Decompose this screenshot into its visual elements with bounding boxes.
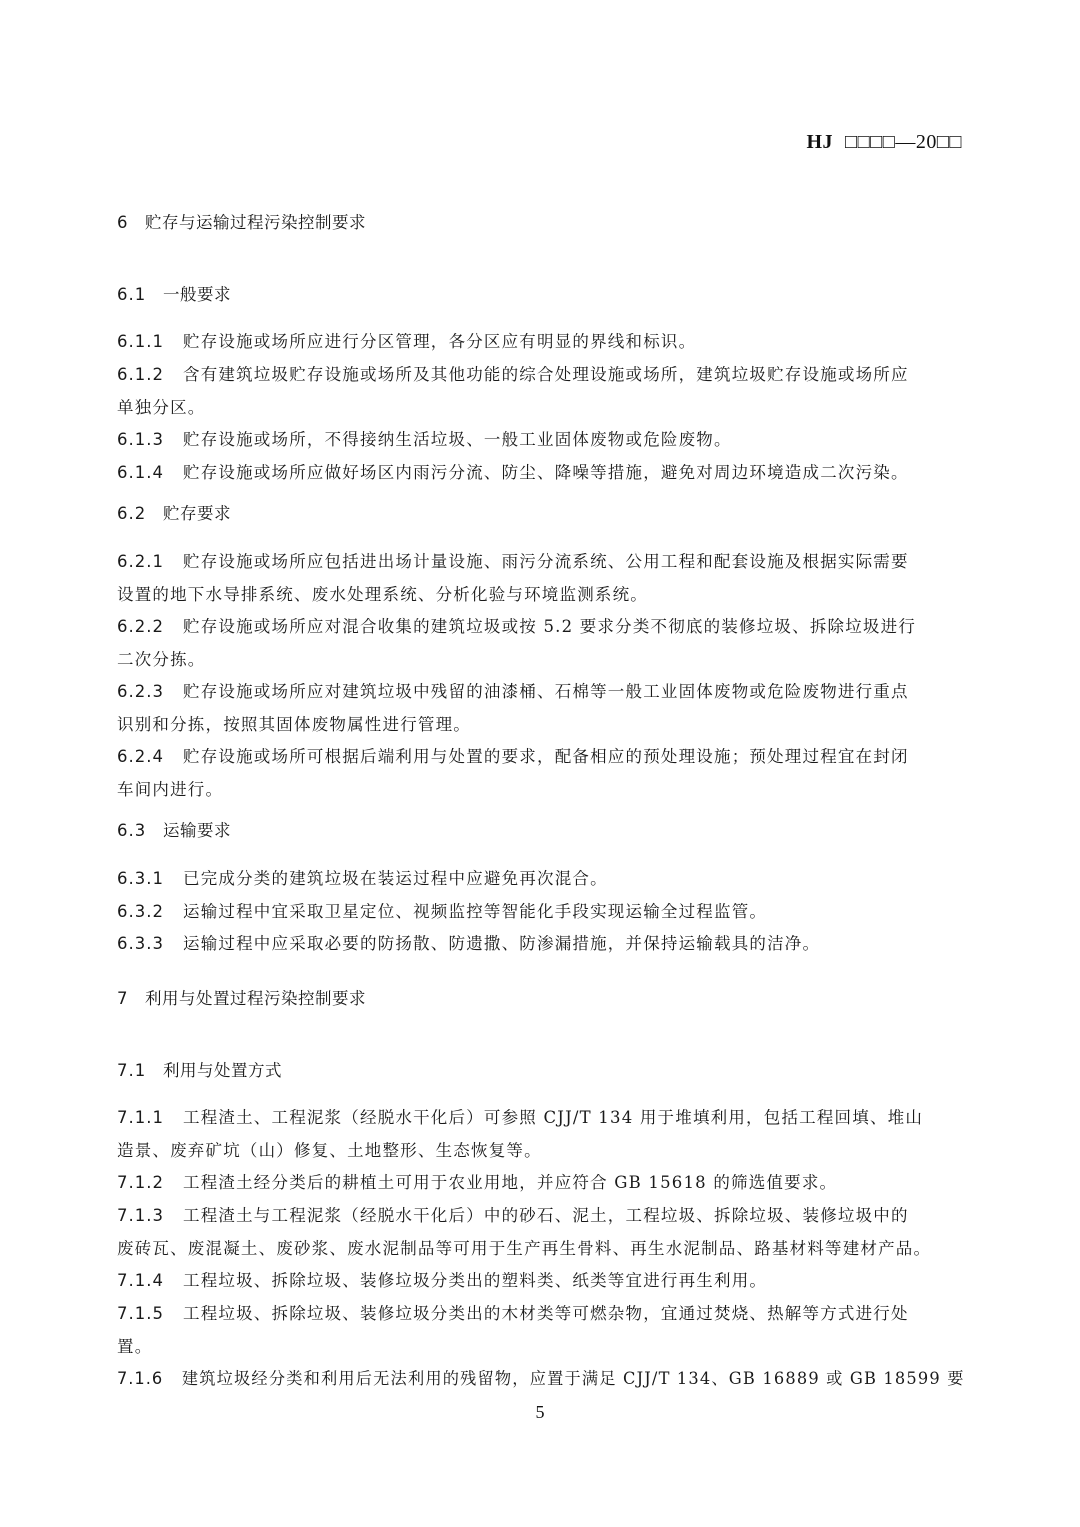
clause-text: 贮存设施或场所应对建筑垃圾中残留的油漆桶、石棉等一般工业固体废物或危险废物进行重… — [183, 682, 909, 701]
clause-text: 运输要求 — [163, 821, 231, 840]
subsection-heading: 6.1一般要求 — [117, 284, 965, 306]
clause: 6.3.3运输过程中应采取必要的防扬散、防遗撒、防渗漏措施，并保持运输载具的洁净… — [117, 933, 965, 955]
clause: 6.2.4贮存设施或场所可根据后端利用与处置的要求，配备相应的预处理设施；预处理… — [117, 746, 965, 768]
clause-continuation: 车间内进行。 — [117, 779, 965, 801]
standard-number-header: HJ□□□□—20□□ — [806, 131, 962, 154]
clause-number: 6 — [117, 212, 145, 234]
clause: 7.1.4工程垃圾、拆除垃圾、装修垃圾分类出的塑料类、纸类等宜进行再生利用。 — [117, 1270, 965, 1292]
clause-text: 贮存设施或场所可根据后端利用与处置的要求，配备相应的预处理设施；预处理过程宜在封… — [183, 747, 909, 766]
clause-continuation: 废砖瓦、废混凝土、废砂浆、废水泥制品等可用于生产再生骨料、再生水泥制品、路基材料… — [117, 1238, 965, 1260]
standard-number: □□□□—20□□ — [845, 131, 962, 153]
clause-text: 贮存设施或场所应包括进出场计量设施、雨污分流系统、公用工程和配套设施及根据实际需… — [183, 552, 909, 571]
clause: 7.1.1工程渣土、工程泥浆（经脱水干化后）可参照 CJJ/T 134 用于堆填… — [117, 1107, 965, 1129]
clause: 6.1.1贮存设施或场所应进行分区管理，各分区应有明显的界线和标识。 — [117, 331, 965, 353]
clause-number: 7.1.3 — [117, 1205, 183, 1227]
clause-number: 7.1.2 — [117, 1172, 183, 1194]
clause-number: 6.3 — [117, 820, 163, 842]
clause-text: 二次分拣。 — [117, 650, 206, 669]
clause: 7.1.6建筑垃圾经分类和利用后无法利用的残留物，应置于满足 CJJ/T 134… — [117, 1368, 950, 1390]
page-number: 5 — [0, 1402, 1080, 1423]
standard-prefix: HJ — [806, 131, 833, 153]
clause: 6.1.2含有建筑垃圾贮存设施或场所及其他功能的综合处理设施或场所，建筑垃圾贮存… — [117, 364, 965, 386]
clause-text: 工程渣土、工程泥浆（经脱水干化后）可参照 CJJ/T 134 用于堆填利用，包括… — [183, 1108, 923, 1127]
subsection-heading: 6.3运输要求 — [117, 820, 965, 842]
clause-number: 6.3.2 — [117, 901, 183, 923]
clause-text: 工程垃圾、拆除垃圾、装修垃圾分类出的木材类等可燃杂物，宜通过焚烧、热解等方式进行… — [183, 1304, 909, 1323]
clause-number: 6.3.3 — [117, 933, 183, 955]
clause-number: 7 — [117, 988, 145, 1010]
clause-continuation: 造景、废弃矿坑（山）修复、土地整形、生态恢复等。 — [117, 1140, 965, 1162]
clause-number: 6.3.1 — [117, 868, 183, 890]
clause-continuation: 单独分区。 — [117, 397, 965, 419]
clause-text: 置。 — [117, 1337, 152, 1356]
clause-continuation: 设置的地下水导排系统、废水处理系统、分析化验与环境监测系统。 — [117, 584, 965, 606]
clause-text: 贮存设施或场所应做好场区内雨污分流、防尘、降噪等措施，避免对周边环境造成二次污染… — [183, 463, 909, 482]
clause-text: 车间内进行。 — [117, 780, 223, 799]
clause-text: 工程渣土经分类后的耕植土可用于农业用地，并应符合 GB 15618 的筛选值要求… — [183, 1173, 837, 1192]
clause-number: 6.1.2 — [117, 364, 183, 386]
clause: 6.3.1已完成分类的建筑垃圾在装运过程中应避免再次混合。 — [117, 868, 965, 890]
clause-text: 造景、废弃矿坑（山）修复、土地整形、生态恢复等。 — [117, 1141, 542, 1160]
clause: 6.2.3贮存设施或场所应对建筑垃圾中残留的油漆桶、石棉等一般工业固体废物或危险… — [117, 681, 965, 703]
clause-number: 7.1.4 — [117, 1270, 183, 1292]
clause-text: 工程垃圾、拆除垃圾、装修垃圾分类出的塑料类、纸类等宜进行再生利用。 — [183, 1271, 767, 1290]
clause-text: 运输过程中宜采取卫星定位、视频监控等智能化手段实现运输全过程监管。 — [183, 902, 767, 921]
clause-text: 建筑垃圾经分类和利用后无法利用的残留物，应置于满足 CJJ/T 134、GB 1… — [182, 1369, 965, 1388]
subsection-heading: 6.2贮存要求 — [117, 503, 965, 525]
clause: 6.3.2运输过程中宜采取卫星定位、视频监控等智能化手段实现运输全过程监管。 — [117, 901, 965, 923]
clause-text: 已完成分类的建筑垃圾在装运过程中应避免再次混合。 — [183, 869, 608, 888]
clause-text: 一般要求 — [163, 285, 231, 304]
clause: 7.1.5工程垃圾、拆除垃圾、装修垃圾分类出的木材类等可燃杂物，宜通过焚烧、热解… — [117, 1303, 965, 1325]
clause-text: 设置的地下水导排系统、废水处理系统、分析化验与环境监测系统。 — [117, 585, 648, 604]
clause-text: 运输过程中应采取必要的防扬散、防遗撒、防渗漏措施，并保持运输载具的洁净。 — [183, 934, 820, 953]
clause: 6.1.3贮存设施或场所，不得接纳生活垃圾、一般工业固体废物或危险废物。 — [117, 429, 965, 451]
clause-text: 废砖瓦、废混凝土、废砂浆、废水泥制品等可用于生产再生骨料、再生水泥制品、路基材料… — [117, 1239, 931, 1258]
clause-text: 贮存设施或场所应对混合收集的建筑垃圾或按 5.2 要求分类不彻底的装修垃圾、拆除… — [183, 617, 916, 636]
document-page: HJ□□□□—20□□ 6贮存与运输过程污染控制要求6.1一般要求6.1.1贮存… — [0, 0, 1080, 1527]
clause-continuation: 二次分拣。 — [117, 649, 965, 671]
clause-number: 7.1 — [117, 1060, 163, 1082]
clause-number: 7.1.1 — [117, 1107, 183, 1129]
clause-number: 6.1.3 — [117, 429, 183, 451]
clause-number: 7.1.5 — [117, 1303, 183, 1325]
clause-text: 利用与处置过程污染控制要求 — [145, 989, 366, 1008]
clause-text: 利用与处置方式 — [163, 1061, 282, 1080]
clause-number: 7.1.6 — [117, 1368, 182, 1390]
clause: 7.1.2工程渣土经分类后的耕植土可用于农业用地，并应符合 GB 15618 的… — [117, 1172, 965, 1194]
section-heading: 7利用与处置过程污染控制要求 — [117, 988, 965, 1010]
clause-number: 6.1 — [117, 284, 163, 306]
clause-text: 含有建筑垃圾贮存设施或场所及其他功能的综合处理设施或场所，建筑垃圾贮存设施或场所… — [183, 365, 909, 384]
clause-number: 6.2.1 — [117, 551, 183, 573]
clause-text: 单独分区。 — [117, 398, 206, 417]
clause-number: 6.1.4 — [117, 462, 183, 484]
clause-text: 贮存要求 — [163, 504, 231, 523]
clause: 6.2.2贮存设施或场所应对混合收集的建筑垃圾或按 5.2 要求分类不彻底的装修… — [117, 616, 965, 638]
clause-number: 6.2.2 — [117, 616, 183, 638]
clause: 6.1.4贮存设施或场所应做好场区内雨污分流、防尘、降噪等措施，避免对周边环境造… — [117, 462, 965, 484]
clause-number: 6.2.4 — [117, 746, 183, 768]
clause: 6.2.1贮存设施或场所应包括进出场计量设施、雨污分流系统、公用工程和配套设施及… — [117, 551, 965, 573]
clause-text: 贮存设施或场所应进行分区管理，各分区应有明显的界线和标识。 — [183, 332, 696, 351]
subsection-heading: 7.1利用与处置方式 — [117, 1060, 965, 1082]
clause-number: 6.2.3 — [117, 681, 183, 703]
clause-text: 工程渣土与工程泥浆（经脱水干化后）中的砂石、泥土，工程垃圾、拆除垃圾、装修垃圾中… — [183, 1206, 909, 1225]
clause: 7.1.3工程渣土与工程泥浆（经脱水干化后）中的砂石、泥土，工程垃圾、拆除垃圾、… — [117, 1205, 965, 1227]
clause-text: 贮存设施或场所，不得接纳生活垃圾、一般工业固体废物或危险废物。 — [183, 430, 732, 449]
section-heading: 6贮存与运输过程污染控制要求 — [117, 212, 965, 234]
clause-continuation: 识别和分拣，按照其固体废物属性进行管理。 — [117, 714, 965, 736]
clause-number: 6.1.1 — [117, 331, 183, 353]
clause-continuation: 置。 — [117, 1336, 965, 1358]
clause-number: 6.2 — [117, 503, 163, 525]
clause-text: 贮存与运输过程污染控制要求 — [145, 213, 366, 232]
clause-text: 识别和分拣，按照其固体废物属性进行管理。 — [117, 715, 471, 734]
